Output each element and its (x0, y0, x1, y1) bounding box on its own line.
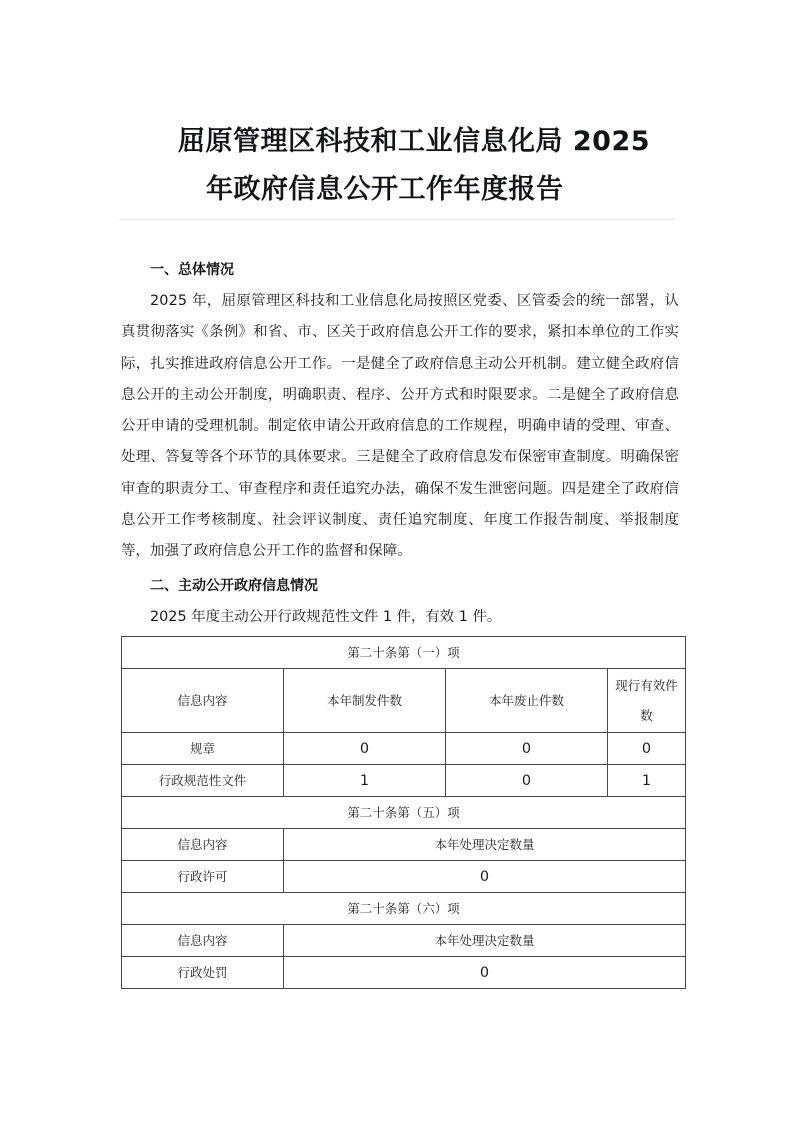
table-section-header-row: 第二十条第（一）项 (122, 637, 686, 669)
table-row: 行政规范性文件 1 0 1 (122, 765, 686, 797)
document-body: 一、总体情况 2025 年，屈原管理区科技和工业信息化局按照区党委、区管委会的统… (121, 255, 679, 633)
table-row: 规章 0 0 0 (122, 733, 686, 765)
cell-decision-count: 0 (284, 861, 686, 893)
section-heading-overview: 一、总体情况 (121, 255, 679, 286)
table-column-header-row: 信息内容 本年处理决定数量 (122, 925, 686, 957)
section-header-article20-item1: 第二十条第（一）项 (122, 637, 686, 669)
row-label-administrative-penalty: 行政处罚 (122, 957, 284, 989)
row-label-normative-documents: 行政规范性文件 (122, 765, 284, 797)
column-header-abolished-count: 本年废止件数 (446, 669, 608, 733)
cell-abolished: 0 (446, 733, 608, 765)
table-row: 行政处罚 0 (122, 957, 686, 989)
document-page: 屈原管理区科技和工业信息化局 2025 年政府信息公开工作年度报告 一、总体情况… (0, 0, 793, 1122)
table-row: 行政许可 0 (122, 861, 686, 893)
table-column-header-row: 信息内容 本年制发件数 本年废止件数 现行有效件 数 (122, 669, 686, 733)
overview-paragraph: 2025 年，屈原管理区科技和工业信息化局按照区党委、区管委会的统一部署，认真贯… (121, 286, 679, 568)
document-title-line-2: 年政府信息公开工作年度报告 (120, 166, 680, 214)
cell-issued: 1 (284, 765, 446, 797)
cell-issued: 0 (284, 733, 446, 765)
row-label-administrative-license: 行政许可 (122, 861, 284, 893)
column-header-valid-count-line-2: 数 (612, 701, 681, 731)
column-header-valid-count-line-1: 现行有效件 (612, 671, 681, 701)
column-header-info-content: 信息内容 (122, 669, 284, 733)
column-header-decision-count: 本年处理决定数量 (284, 925, 686, 957)
cell-valid: 1 (608, 765, 686, 797)
section-header-article20-item5: 第二十条第（五）项 (122, 797, 686, 829)
cell-decision-count: 0 (284, 957, 686, 989)
cell-abolished: 0 (446, 765, 608, 797)
column-header-info-content: 信息内容 (122, 829, 284, 861)
column-header-valid-count: 现行有效件 数 (608, 669, 686, 733)
section-header-article20-item6: 第二十条第（六）项 (122, 893, 686, 925)
column-header-info-content: 信息内容 (122, 925, 284, 957)
title-divider (118, 219, 675, 220)
table-column-header-row: 信息内容 本年处理决定数量 (122, 829, 686, 861)
disclosure-statistics-table: 第二十条第（一）项 信息内容 本年制发件数 本年废止件数 现行有效件 数 规章 … (121, 636, 686, 989)
table-section-header-row: 第二十条第（五）项 (122, 797, 686, 829)
proactive-disclosure-summary: 2025 年度主动公开行政规范性文件 1 件，有效 1 件。 (121, 602, 679, 633)
row-label-regulations: 规章 (122, 733, 284, 765)
document-title: 屈原管理区科技和工业信息化局 2025 年政府信息公开工作年度报告 (120, 118, 680, 214)
section-heading-proactive-disclosure: 二、主动公开政府信息情况 (121, 571, 679, 602)
column-header-decision-count: 本年处理决定数量 (284, 829, 686, 861)
column-header-issued-count: 本年制发件数 (284, 669, 446, 733)
document-title-line-1: 屈原管理区科技和工业信息化局 2025 (120, 118, 680, 166)
table-section-header-row: 第二十条第（六）项 (122, 893, 686, 925)
cell-valid: 0 (608, 733, 686, 765)
